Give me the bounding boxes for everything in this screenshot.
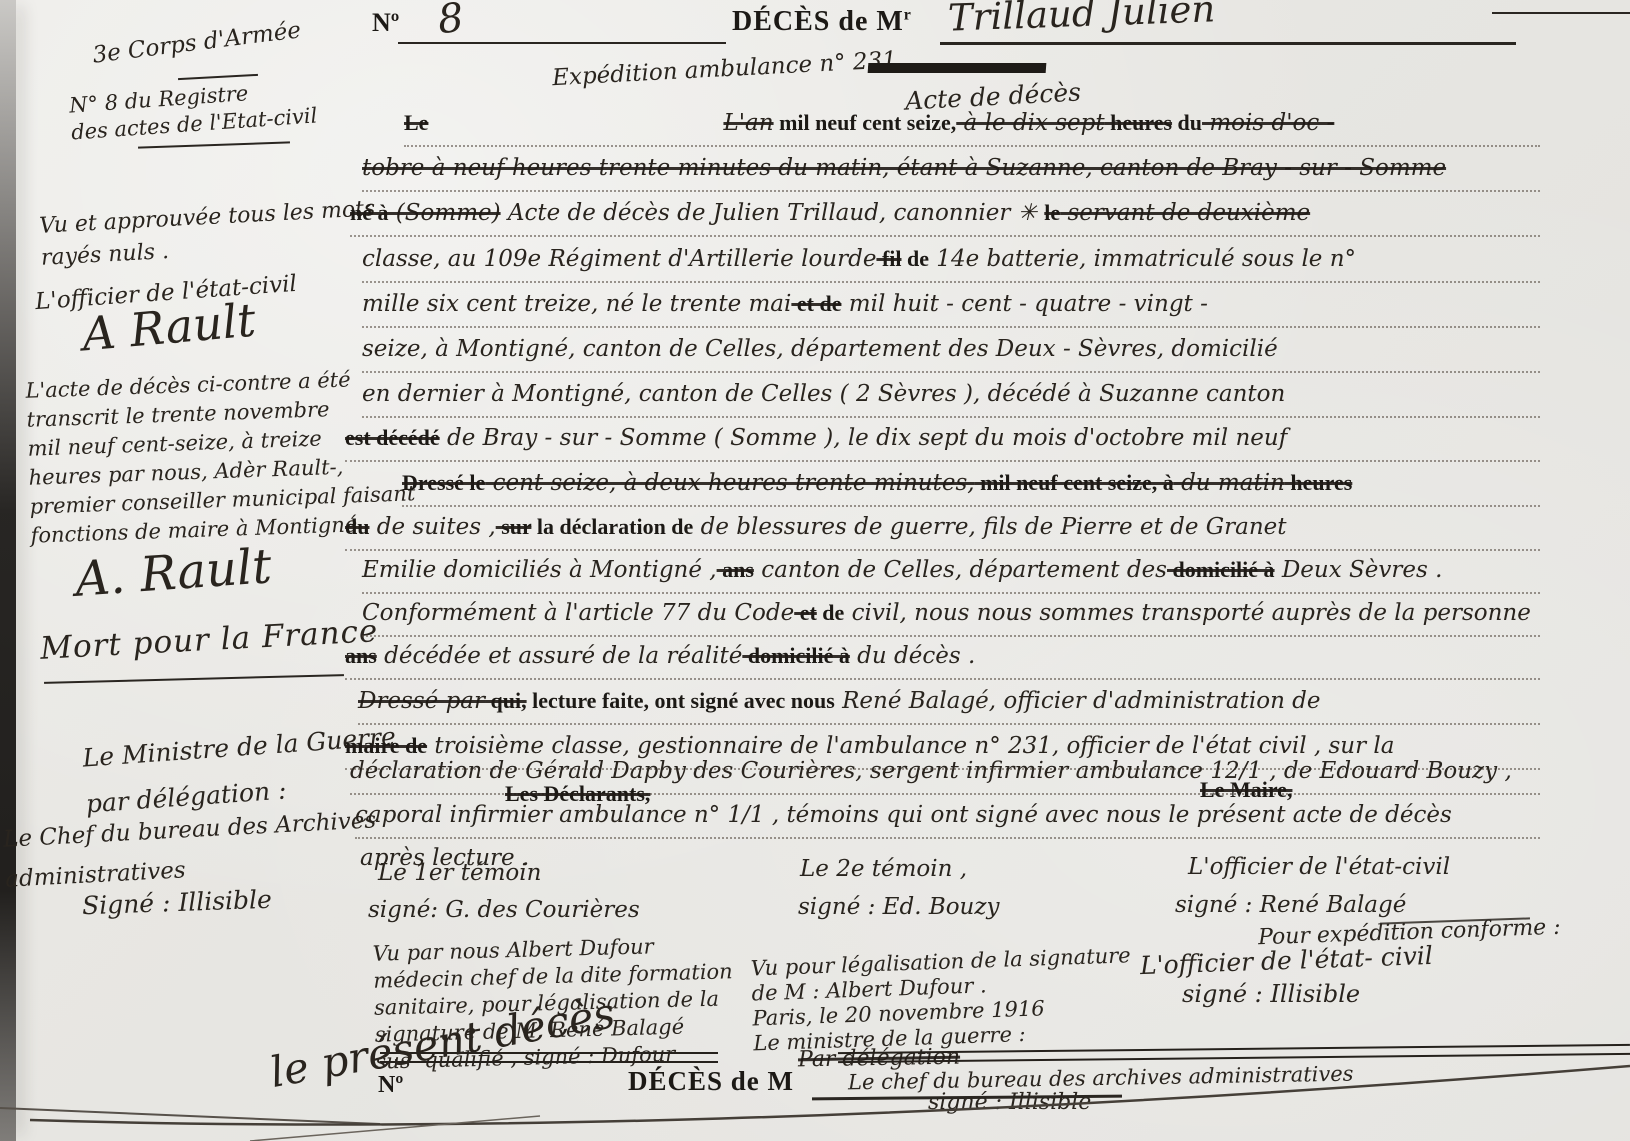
acte-line: LeL'an mil neuf cent seize, à le dix sep… <box>404 110 1540 147</box>
acte-line: caporal infirmier ambulance n° 1/1 , tém… <box>355 802 1540 839</box>
acte-line: en dernier à Montigné, canton de Celles … <box>362 381 1540 418</box>
expedition-note: Expédition ambulance n° 231. <box>552 47 905 91</box>
deceased-name: Trillaud Julien <box>947 0 1216 40</box>
book-binding-shadow <box>0 0 16 1141</box>
witness1-title: Le 1er témoin <box>378 860 541 886</box>
form-number-label: Nº <box>372 8 399 38</box>
officer-title-2: L'officier de l'état- civil <box>1140 941 1434 980</box>
margin-signe-illisible: Signé : Illisible <box>82 885 273 921</box>
death-certificate-scan: Nº 8 DÉCÈS de Mr Trillaud Julien Expédit… <box>0 0 1630 1141</box>
maire-label: Le Maire, <box>1200 777 1292 803</box>
margin-mort-pour-la-france: Mort pour la France <box>39 613 379 667</box>
margin-registre-underline <box>138 141 290 148</box>
legalisation-middle: Vu pour légalisation de la signaturede M… <box>740 943 1133 1057</box>
mort-pour-la-france-underline <box>44 674 344 684</box>
acte-line: du de suites , sur la déclaration de de … <box>345 514 1540 551</box>
footer-number-label: Nº <box>378 1072 403 1099</box>
acte-line: est décédé de Bray - sur - Somme ( Somme… <box>345 425 1540 462</box>
acte-line: né à (Somme) Acte de décès de Julien Tri… <box>350 200 1540 237</box>
acte-line: Emilie domiciliés à Montigné , ans canto… <box>362 557 1540 594</box>
acte-line: seize, à Montigné, canton de Celles, dép… <box>362 336 1540 373</box>
witness2-title: Le 2e témoin , <box>800 856 967 882</box>
acte-line: mille six cent treize, né le trente mai … <box>362 291 1540 328</box>
acte-line: Conformément à l'article 77 du Code et d… <box>362 600 1540 637</box>
deces-title: DÉCÈS de Mr <box>732 6 912 38</box>
form-number-value: 8 <box>436 0 466 43</box>
acte-line: classe, au 109e Régiment d'Artillerie lo… <box>362 246 1540 283</box>
top-right-rule <box>1492 12 1630 14</box>
margin-approbation: Vu et approuvée tous les motsrayés nuls … <box>39 193 378 275</box>
name-underline <box>940 42 1516 45</box>
margin-signature-2: A. Rault <box>73 538 273 608</box>
officer-title: L'officier de l'état-civil <box>1188 854 1450 880</box>
witness2-signed: signé : Ed. Bouzy <box>798 894 1000 920</box>
margin-registre: N° 8 du Registredes actes de l'Etat-civi… <box>68 75 318 146</box>
declarants-label: Les Déclarants, <box>505 781 650 807</box>
margin-corps-underline <box>178 74 258 80</box>
chef-signe-illisible: signé : Illisible <box>928 1090 1091 1115</box>
officer-signed: signé : René Balagé <box>1175 892 1406 918</box>
acte-line: Dressé par qui, lecture faite, ont signé… <box>358 688 1540 725</box>
witness1-signed: signé: G. des Courières <box>368 897 640 923</box>
officer-signed-illisible: signé : Illisible <box>1182 980 1360 1008</box>
acte-line: ans décédée et assuré de la réalité domi… <box>345 643 1540 680</box>
number-underline <box>398 42 726 44</box>
ink-bar <box>868 63 1047 73</box>
margin-corps: 3e Corps d'Armée <box>91 17 302 68</box>
acte-line: Dressé le cent seize, à deux heures tren… <box>402 470 1540 507</box>
acte-line: tobre à neuf heures trente minutes du ma… <box>362 155 1540 192</box>
footer-deces-label: DÉCÈS de M <box>628 1066 794 1097</box>
